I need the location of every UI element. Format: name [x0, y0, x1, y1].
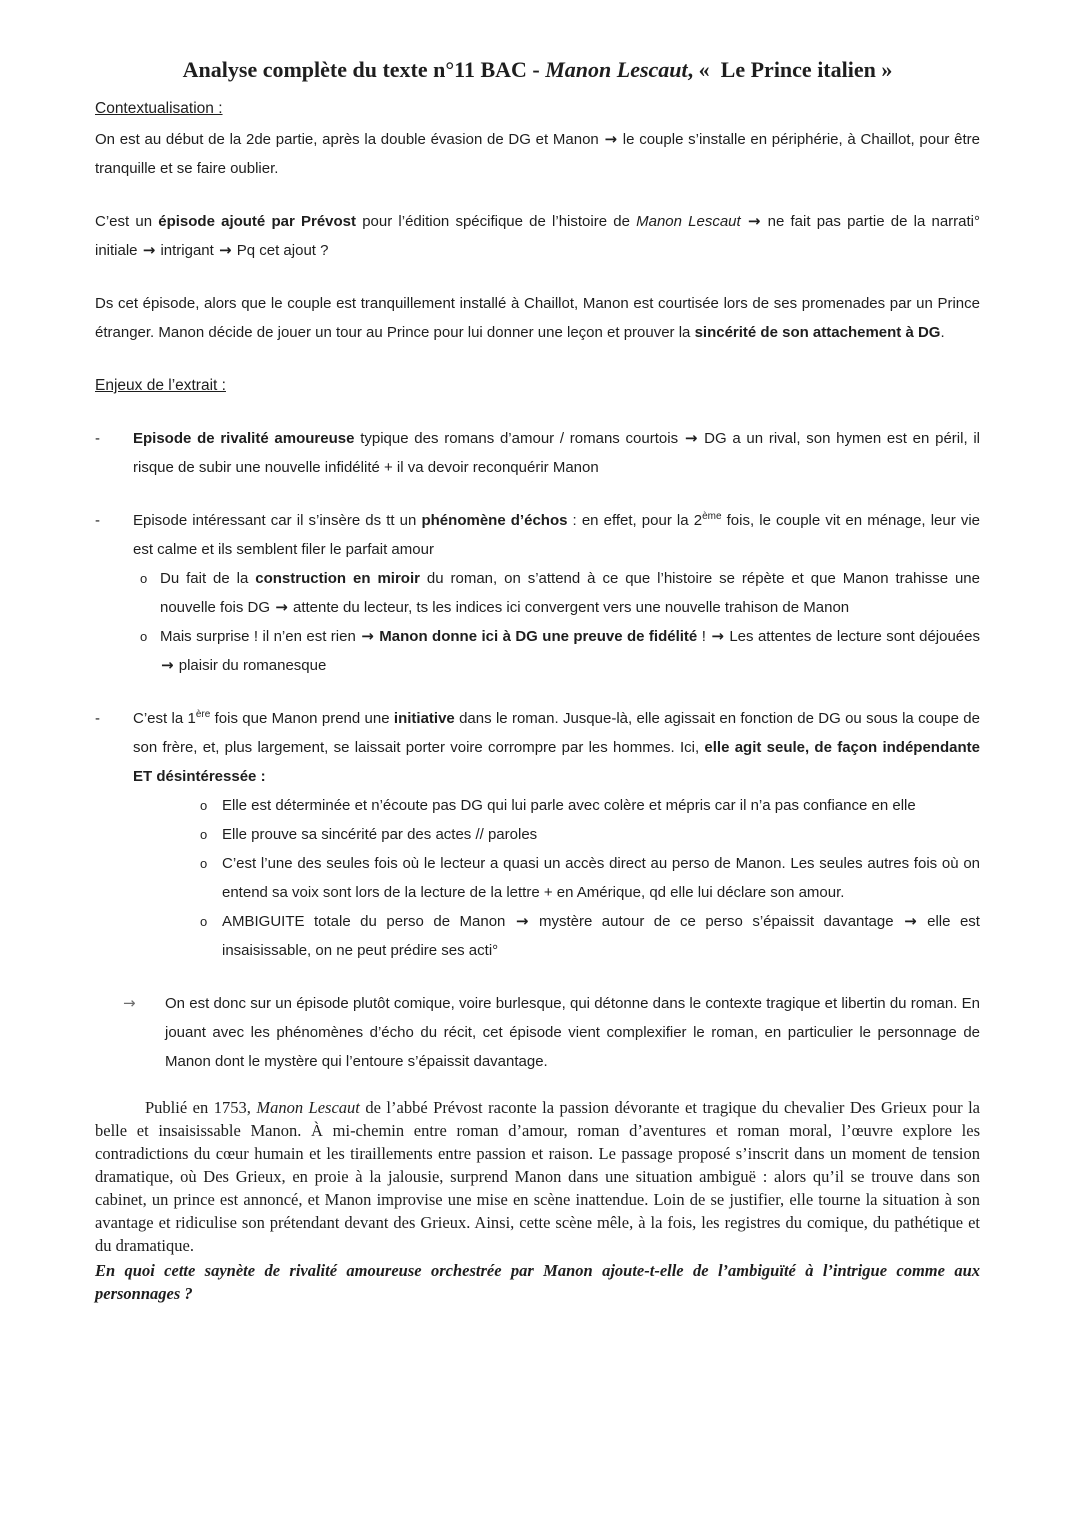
list-item-text: Episode intéressant car il s’insère ds t… [133, 506, 980, 564]
circle-bullet: o [200, 907, 222, 936]
text-run: attente du lecteur, ts les indices ici c… [289, 599, 849, 616]
dash-bullet: - [95, 506, 133, 535]
text-run: . [940, 324, 944, 341]
right-arrow-icon: → [218, 241, 233, 259]
dash-bullet: - [95, 424, 133, 453]
right-arrow-icon: → [360, 627, 375, 645]
circle-bullet: o [200, 849, 222, 878]
text-run-bold: épisode ajouté par Prévost [158, 213, 356, 230]
list-item-text: Mais surprise ! il n’en est rien → Manon… [160, 622, 980, 680]
list-item-text: Elle est déterminée et n’écoute pas DG q… [222, 791, 980, 820]
text-run: intrigant [156, 242, 218, 259]
title-text-1: Analyse complète du texte n°11 BAC - [183, 57, 546, 82]
text-run: Publié en 1753, [145, 1098, 256, 1117]
list-item-text: AMBIGUITE totale du perso de Manon → mys… [222, 907, 980, 965]
list-item-text: Du fait de la construction en miroir du … [160, 564, 980, 622]
right-arrow-icon: → [604, 130, 619, 148]
text-run: ! [697, 628, 710, 645]
paragraph-context-1: On est au début de la 2de partie, après … [95, 125, 980, 183]
heading-enjeux: Enjeux de l’extrait : [95, 371, 980, 400]
conclusion-item: → On est donc sur un épisode plutôt comi… [95, 989, 980, 1076]
document-page: Analyse complète du texte n°11 BAC - Man… [0, 0, 1080, 1527]
text-run: C’est un [95, 213, 158, 230]
dash-bullet: - [95, 704, 133, 733]
circle-bullet: o [140, 622, 160, 651]
text-run-italic: Manon Lescaut [636, 213, 741, 230]
circle-bullet: o [200, 820, 222, 849]
text-run: typique des romans d’amour / romans cour… [354, 430, 683, 447]
list-item-text: Elle prouve sa sincérité par des actes /… [222, 820, 980, 849]
intro-paragraph: Publié en 1753, Manon Lescaut de l’abbé … [95, 1096, 980, 1257]
arrow-bullet-icon: → [123, 989, 165, 1018]
right-arrow-icon: → [142, 241, 157, 259]
text-run-bold: Episode de rivalité amoureuse [133, 430, 354, 447]
list-item-text: C’est la 1ère fois que Manon prend une i… [133, 704, 980, 791]
text-run: mystère autour de ce perso s’épaissit da… [529, 913, 903, 930]
sub-list-item-actes: o Elle prouve sa sincérité par des actes… [95, 820, 980, 849]
conclusion-text: On est donc sur un épisode plutôt comiqu… [165, 989, 980, 1076]
right-arrow-icon: → [747, 212, 762, 230]
list-item-text: C’est l’une des seules fois où le lecteu… [222, 849, 980, 907]
list-item-echos: - Episode intéressant car il s’insère ds… [95, 506, 980, 564]
title-book-name: Manon Lescaut [545, 57, 687, 82]
right-arrow-icon: → [903, 912, 918, 930]
heading-contextualisation: Contextualisation : [95, 94, 980, 123]
text-run: Mais surprise ! il n’en est rien [160, 628, 360, 645]
text-run: Du fait de la [160, 570, 255, 587]
right-arrow-icon: → [515, 912, 530, 930]
superscript-run: ème [702, 511, 721, 522]
text-run-bold: Manon donne ici à DG une preuve de fidél… [379, 628, 697, 645]
right-arrow-icon: → [274, 598, 289, 616]
text-run: Episode intéressant car il s’insère ds t… [133, 512, 421, 529]
sub-list-item-determinee: o Elle est déterminée et n’écoute pas DG… [95, 791, 980, 820]
text-run-bold: initiative [394, 710, 455, 727]
text-run: de l’abbé Prévost raconte la passion dév… [95, 1098, 980, 1255]
text-run-bold: phénomène d’échos [421, 512, 567, 529]
paragraph-context-3: Ds cet épisode, alors que le couple est … [95, 289, 980, 347]
text-run-bold: construction en miroir [255, 570, 420, 587]
right-arrow-icon: → [160, 656, 175, 674]
title-text-2: , « Le Prince italien » [688, 57, 893, 82]
circle-bullet: o [200, 791, 222, 820]
sub-list-item-miroir: o Du fait de la construction en miroir d… [95, 564, 980, 622]
text-run: pour l’édition spécifique de l’histoire … [356, 213, 636, 230]
text-run: AMBIGUITE totale du perso de Manon [222, 913, 515, 930]
sub-list-item-surprise: o Mais surprise ! il n’en est rien → Man… [95, 622, 980, 680]
paragraph-context-2: C’est un épisode ajouté par Prévost pour… [95, 207, 980, 265]
page-title: Analyse complète du texte n°11 BAC - Man… [95, 56, 980, 84]
list-item-rivalite: - Episode de rivalité amoureuse typique … [95, 424, 980, 482]
text-run: fois que Manon prend une [210, 710, 394, 727]
text-run: Les attentes de lecture sont déjouées [725, 628, 980, 645]
list-item-text: Episode de rivalité amoureuse typique de… [133, 424, 980, 482]
text-run: On est au début de la 2de partie, après … [95, 131, 604, 148]
circle-bullet: o [140, 564, 160, 593]
right-arrow-icon: → [684, 429, 699, 447]
text-run: : en effet, pour la 2 [567, 512, 702, 529]
sub-list-item-acces-direct: o C’est l’une des seules fois où le lect… [95, 849, 980, 907]
sub-list-item-ambiguite: o AMBIGUITE totale du perso de Manon → m… [95, 907, 980, 965]
text-run-bold: sincérité de son attachement à DG [695, 324, 941, 341]
problematique-question: En quoi cette saynète de rivalité amoure… [95, 1259, 980, 1305]
superscript-run: ère [196, 709, 210, 720]
text-run-italic: Manon Lescaut [256, 1098, 360, 1117]
text-run: C’est la 1 [133, 710, 196, 727]
text-run: plaisir du romanesque [175, 657, 327, 674]
list-item-initiative: - C’est la 1ère fois que Manon prend une… [95, 704, 980, 791]
text-run: Pq cet ajout ? [233, 242, 329, 259]
text-run [741, 213, 747, 230]
right-arrow-icon: → [710, 627, 725, 645]
